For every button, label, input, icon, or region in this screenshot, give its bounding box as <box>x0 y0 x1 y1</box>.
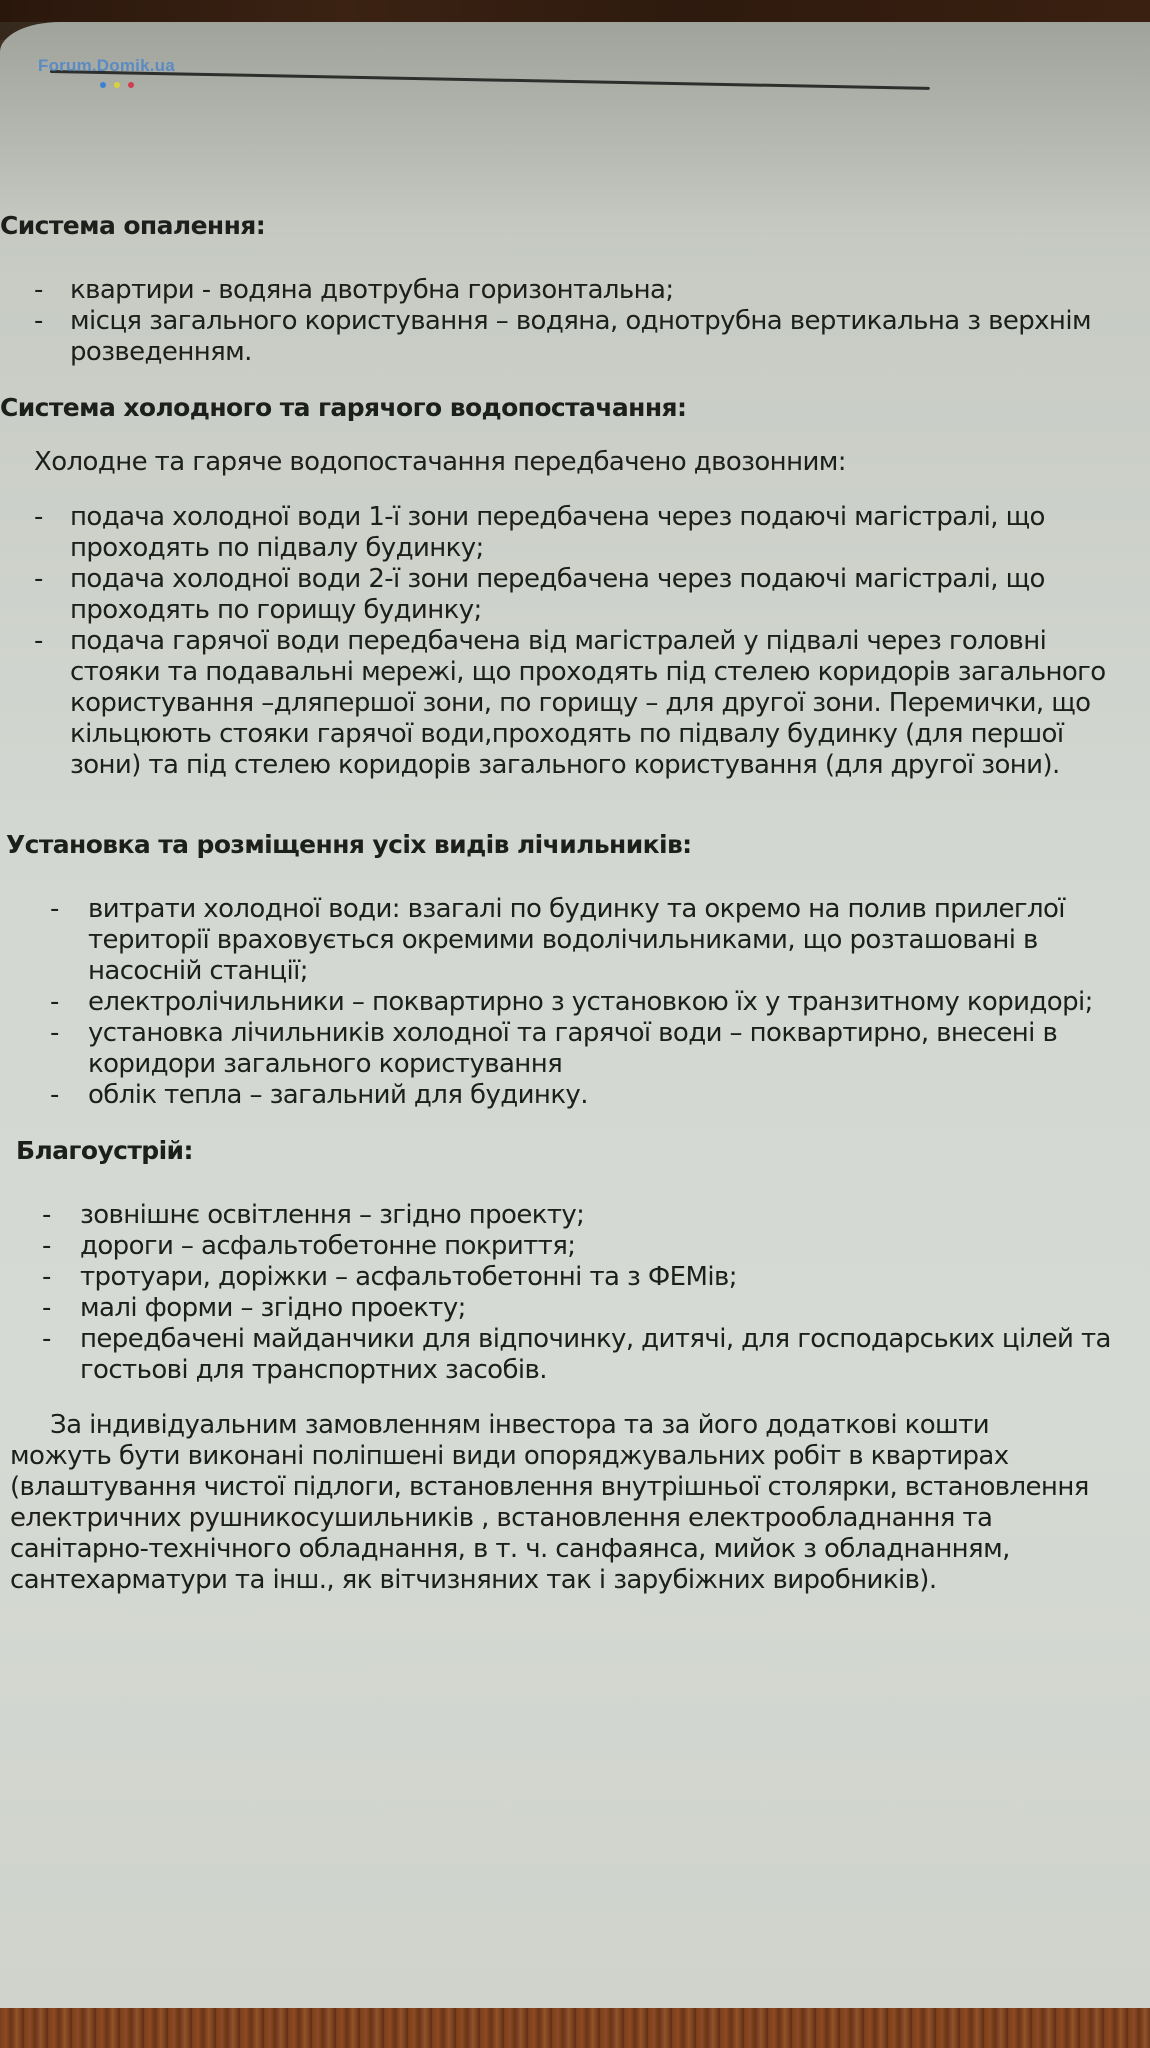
section-heating: Система опалення: квартири - водяна двот… <box>0 210 1120 368</box>
section-meters: Установка та розміщення усіх видів лічил… <box>0 829 1120 1111</box>
wooden-table-background-bottom <box>0 2005 1150 2048</box>
watermark-dots-icon <box>100 82 134 88</box>
list-item: місця загального користування – водяна, … <box>0 306 1120 368</box>
blue-dot-icon <box>100 82 106 88</box>
list-item: електролічильники – поквартирно з устано… <box>0 987 1120 1018</box>
closing-paragraph: За індивідуальним замовленням інвестора … <box>0 1410 1090 1596</box>
landscaping-list: зовнішнє освітлення – згідно проекту; до… <box>0 1200 1120 1386</box>
section-heading: Система холодного та гарячого водопостач… <box>0 392 1120 423</box>
section-heading: Благоустрій: <box>0 1135 1120 1166</box>
section-heading: Система опалення: <box>0 210 1120 241</box>
water-supply-list: подача холодної води 1-ї зони передбачен… <box>0 502 1120 781</box>
watermark-logo: Forum.Domik.ua <box>38 56 175 76</box>
list-item: облік тепла – загальний для будинку. <box>0 1080 1120 1111</box>
list-item: малі форми – згідно проекту; <box>0 1293 1120 1324</box>
list-item: подача холодної води 1-ї зони передбачен… <box>0 502 1120 564</box>
list-item: передбачені майданчики для відпочинку, д… <box>0 1324 1120 1386</box>
document-body: Система опалення: квартири - водяна двот… <box>0 210 1120 1596</box>
meters-list: витрати холодної води: взагалі по будинк… <box>0 894 1120 1111</box>
section-intro: Холодне та гаряче водопостачання передба… <box>0 447 1120 478</box>
list-item: квартири - водяна двотрубна горизонтальн… <box>0 275 1120 306</box>
list-item: зовнішнє освітлення – згідно проекту; <box>0 1200 1120 1231</box>
list-item: установка лічильників холодної та гарячо… <box>0 1018 1120 1080</box>
section-heading: Установка та розміщення усіх видів лічил… <box>0 829 1120 860</box>
list-item: дороги – асфальтобетонне покриття; <box>0 1231 1120 1262</box>
heating-list: квартири - водяна двотрубна горизонтальн… <box>0 275 1120 368</box>
section-water-supply: Система холодного та гарячого водопостач… <box>0 392 1120 781</box>
header-rule-line <box>50 70 930 90</box>
red-dot-icon <box>128 82 134 88</box>
list-item: подача гарячої води передбачена від магі… <box>0 626 1120 781</box>
list-item: витрати холодної води: взагалі по будинк… <box>0 894 1120 987</box>
section-landscaping: Благоустрій: зовнішнє освітлення – згідн… <box>0 1135 1120 1386</box>
list-item: подача холодної води 2-ї зони передбачен… <box>0 564 1120 626</box>
yellow-dot-icon <box>114 82 120 88</box>
list-item: тротуари, доріжки – асфальтобетонні та з… <box>0 1262 1120 1293</box>
